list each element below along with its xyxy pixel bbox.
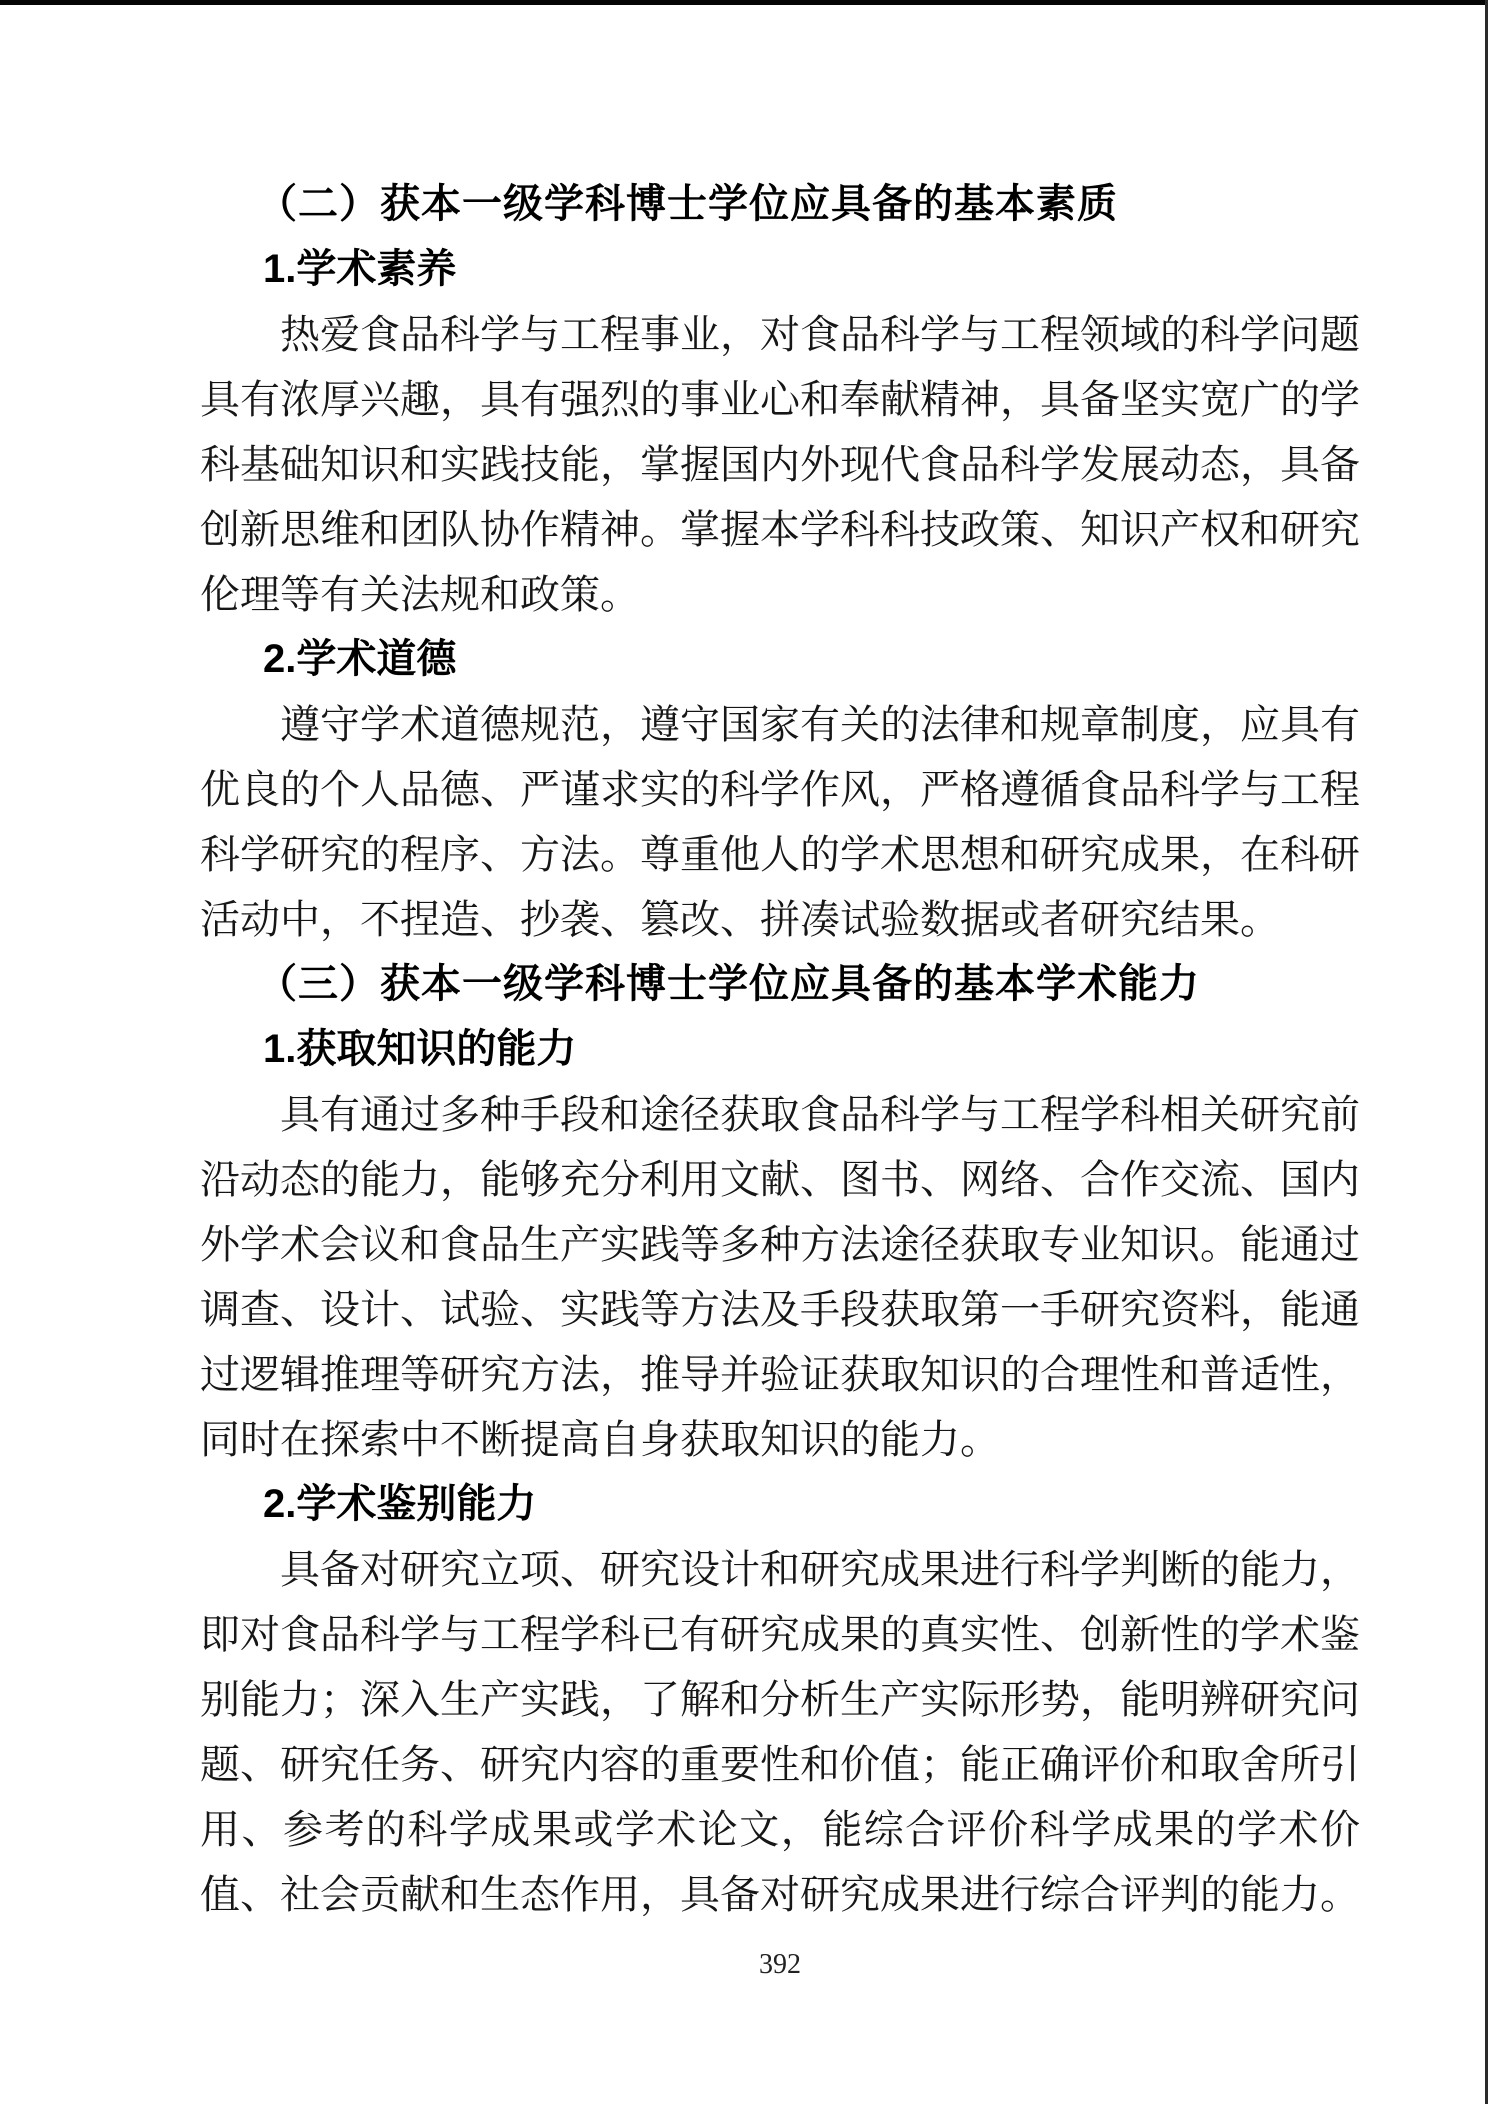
paragraph-academic-ethics: 遵守学术道德规范，遵守国家有关的法律和规章制度，应具有优良的个人品德、严谨求实的…: [200, 692, 1360, 952]
page-number: 392: [200, 1948, 1360, 1982]
section-heading-3: （三）获本一级学科博士学位应具备的基本学术能力: [200, 952, 1360, 1017]
document-page: { "document": { "blocks": [ { "type": "s…: [0, 0, 1488, 2104]
paragraph-knowledge-acquisition: 具有通过多种手段和途径获取食品科学与工程学科相关研究前沿动态的能力，能够充分利用…: [200, 1082, 1360, 1472]
subheading-academic-discernment: 2.学术鉴别能力: [200, 1472, 1360, 1537]
subheading-knowledge-acquisition: 1.获取知识的能力: [200, 1017, 1360, 1082]
paragraph-academic-quality: 热爱食品科学与工程事业，对食品科学与工程领域的科学问题具有浓厚兴趣，具有强烈的事…: [200, 302, 1360, 627]
subheading-academic-quality: 1.学术素养: [200, 237, 1360, 302]
paragraph-academic-discernment: 具备对研究立项、研究设计和研究成果进行科学判断的能力，即对食品科学与工程学科已有…: [200, 1537, 1360, 1927]
section-heading-2: （二）获本一级学科博士学位应具备的基本素质: [200, 172, 1360, 237]
scan-edge-top: [0, 0, 1488, 5]
page-text-block: （二）获本一级学科博士学位应具备的基本素质 1.学术素养 热爱食品科学与工程事业…: [200, 172, 1360, 1927]
subheading-academic-ethics: 2.学术道德: [200, 627, 1360, 692]
